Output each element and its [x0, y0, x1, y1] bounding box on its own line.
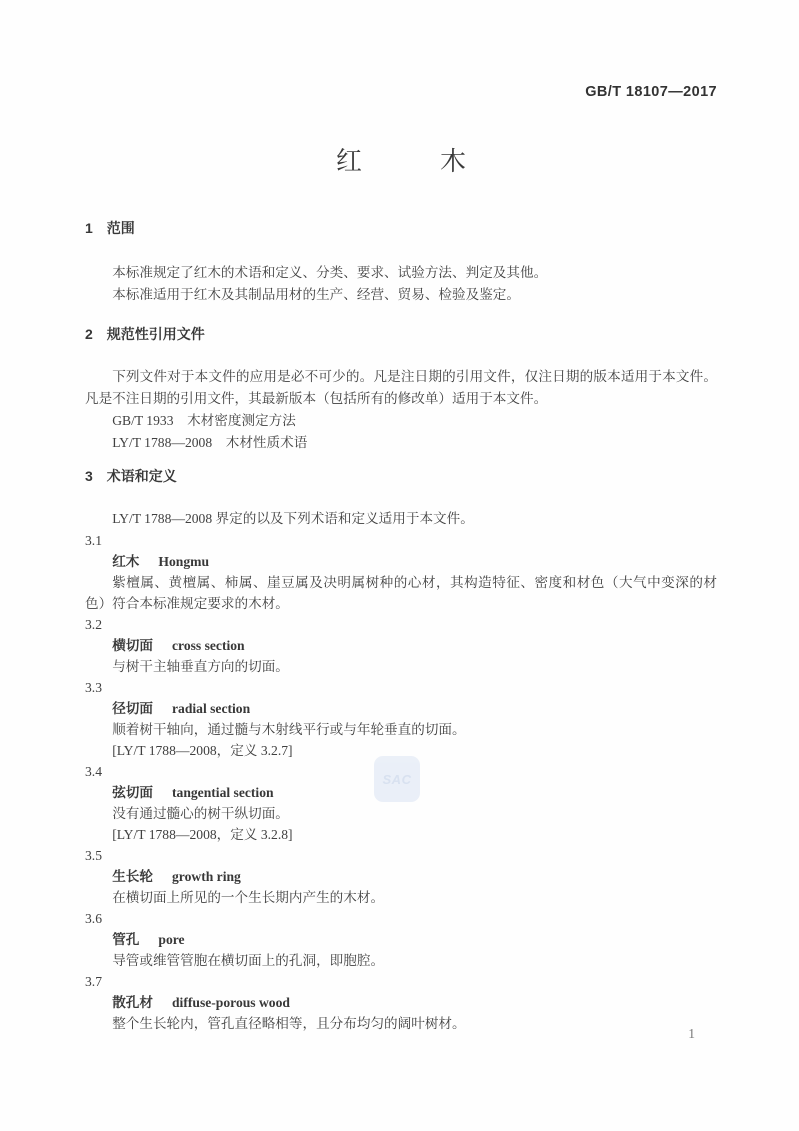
term-name-en: radial section: [172, 701, 250, 716]
reference-item: GB/T 1933 木材密度测定方法: [85, 410, 717, 432]
term-3-2: 3.2 横切面cross section 与树干主轴垂直方向的切面。: [85, 614, 717, 677]
term-name-en: diffuse-porous wood: [172, 995, 290, 1010]
term-name-zh: 红木: [112, 554, 139, 569]
term-definition: 导管或维管管胞在横切面上的孔洞，即胞腔。: [85, 950, 717, 971]
term-number: 3.7: [85, 971, 717, 992]
term-name-en: pore: [158, 932, 184, 947]
term-definition: 与树干主轴垂直方向的切面。: [85, 656, 717, 677]
paragraph: 本标准适用于红木及其制品用材的生产、经营、贸易、检验及鉴定。: [85, 284, 717, 306]
term-name-zh: 径切面: [112, 701, 153, 716]
section-3-heading: 3术语和定义: [85, 468, 717, 484]
standard-code: GB/T 18107—2017: [85, 84, 717, 100]
section-2-heading: 2规范性引用文件: [85, 326, 717, 342]
term-name: 径切面radial section: [85, 698, 717, 719]
term-name: 横切面cross section: [85, 635, 717, 656]
term-3-6: 3.6 管孔pore 导管或维管管胞在横切面上的孔洞，即胞腔。: [85, 908, 717, 971]
term-definition: 顺着树干轴向，通过髓与木射线平行或与年轮垂直的切面。: [85, 719, 717, 740]
section-1-number: 1: [85, 220, 93, 236]
term-name: 红木Hongmu: [85, 551, 717, 572]
terms-list: 3.1 红木Hongmu 紫檀属、黄檀属、柿属、崖豆属及决明属树种的心材，其构造…: [85, 530, 717, 1034]
section-2-title: 规范性引用文件: [107, 326, 205, 342]
term-3-1: 3.1 红木Hongmu 紫檀属、黄檀属、柿属、崖豆属及决明属树种的心材，其构造…: [85, 530, 717, 614]
term-number: 3.4: [85, 761, 717, 782]
term-name-zh: 横切面: [112, 638, 153, 653]
term-3-7: 3.7 散孔材diffuse-porous wood 整个生长轮内，管孔直径略相…: [85, 971, 717, 1034]
term-3-5: 3.5 生长轮growth ring 在横切面上所见的一个生长期内产生的木材。: [85, 845, 717, 908]
term-name: 管孔pore: [85, 929, 717, 950]
section-2-body: 下列文件对于本文件的应用是必不可少的。凡是注日期的引用文件，仅注日期的版本适用于…: [85, 366, 717, 454]
term-name-en: tangential section: [172, 785, 274, 800]
term-name-en: cross section: [172, 638, 245, 653]
term-3-4: 3.4 弦切面tangential section 没有通过髓心的树干纵切面。 …: [85, 761, 717, 845]
document-page: SAC GB/T 18107—2017 红 木 1范围 本标准规定了红木的术语和…: [0, 0, 799, 1131]
term-name: 散孔材diffuse-porous wood: [85, 992, 717, 1013]
term-name: 生长轮growth ring: [85, 866, 717, 887]
reference-item: LY/T 1788—2008 木材性质术语: [85, 432, 717, 454]
term-3-3: 3.3 径切面radial section 顺着树干轴向，通过髓与木射线平行或与…: [85, 677, 717, 761]
term-number: 3.6: [85, 908, 717, 929]
term-name-zh: 散孔材: [112, 995, 153, 1010]
term-number: 3.3: [85, 677, 717, 698]
section-2-number: 2: [85, 326, 93, 342]
section-3-title: 术语和定义: [107, 468, 177, 484]
section-3-intro: LY/T 1788—2008 界定的以及下列术语和定义适用于本文件。: [85, 508, 717, 530]
term-name-en: Hongmu: [158, 554, 209, 569]
term-name-zh: 生长轮: [112, 869, 153, 884]
section-1-title: 范围: [107, 220, 135, 236]
term-definition: 在横切面上所见的一个生长期内产生的木材。: [85, 887, 717, 908]
paragraph: 本标准规定了红木的术语和定义、分类、要求、试验方法、判定及其他。: [85, 262, 717, 284]
term-definition: 紫檀属、黄檀属、柿属、崖豆属及决明属树种的心材，其构造特征、密度和材色（大气中变…: [85, 572, 717, 614]
term-name: 弦切面tangential section: [85, 782, 717, 803]
section-3-number: 3: [85, 468, 93, 484]
term-number: 3.1: [85, 530, 717, 551]
term-source: [LY/T 1788—2008，定义 3.2.7]: [85, 740, 717, 761]
term-definition: 整个生长轮内，管孔直径略相等，且分布均匀的阔叶树材。: [85, 1013, 717, 1034]
term-name-en: growth ring: [172, 869, 241, 884]
document-title: 红 木: [85, 146, 717, 176]
term-name-zh: 管孔: [112, 932, 139, 947]
section-1-body: 本标准规定了红木的术语和定义、分类、要求、试验方法、判定及其他。 本标准适用于红…: [85, 262, 717, 306]
term-source: [LY/T 1788—2008，定义 3.2.8]: [85, 824, 717, 845]
term-number: 3.2: [85, 614, 717, 635]
section-1-heading: 1范围: [85, 220, 717, 236]
paragraph: 下列文件对于本文件的应用是必不可少的。凡是注日期的引用文件，仅注日期的版本适用于…: [85, 366, 717, 410]
term-definition: 没有通过髓心的树干纵切面。: [85, 803, 717, 824]
term-name-zh: 弦切面: [112, 785, 153, 800]
term-number: 3.5: [85, 845, 717, 866]
page-content: GB/T 18107—2017 红 木 1范围 本标准规定了红木的术语和定义、分…: [85, 84, 717, 1034]
